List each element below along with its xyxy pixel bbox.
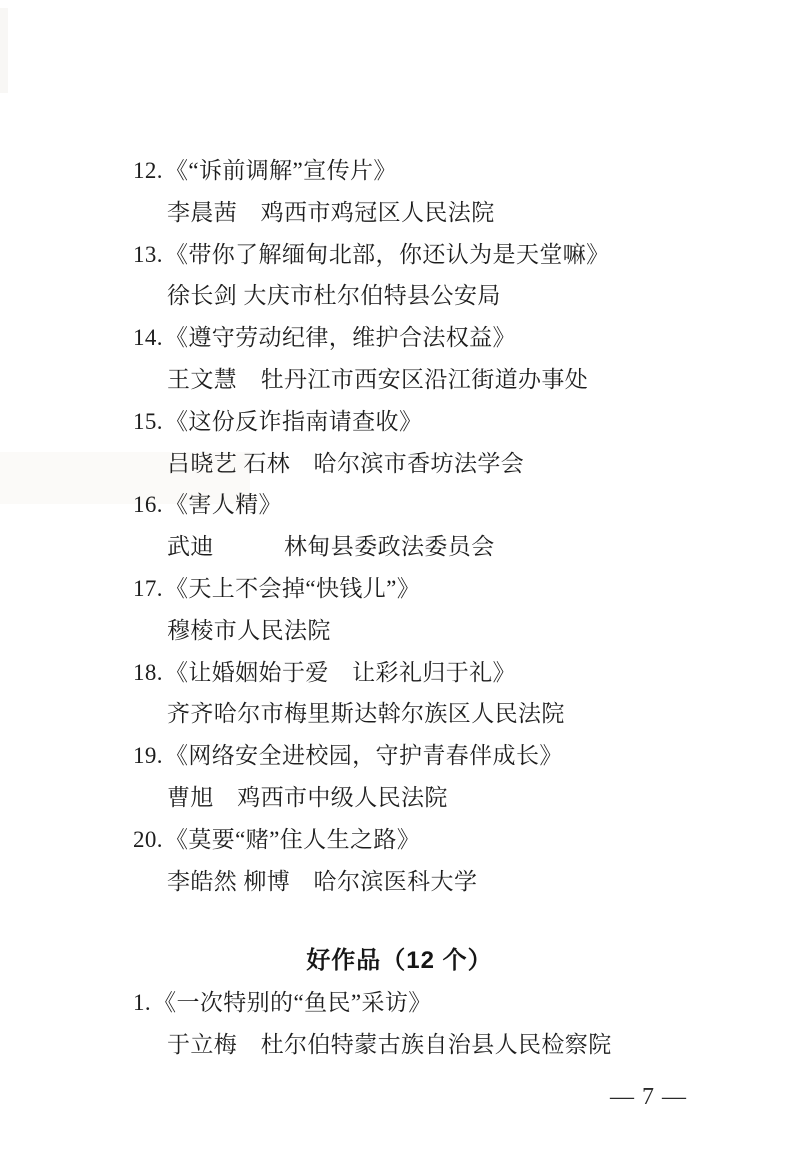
entry-title: 16.《害人精》 xyxy=(0,484,799,526)
award-entry: 15.《这份反诈指南请查收》 吕晓艺 石林 哈尔滨市香坊法学会 xyxy=(0,401,799,485)
award-entry: 13.《带你了解缅甸北部，你还认为是天堂嘛》 徐长剑 大庆市杜尔伯特县公安局 xyxy=(0,234,799,318)
entry-number: 18. xyxy=(133,660,163,685)
entry-authors: 王文慧 牡丹江市西安区沿江街道办事处 xyxy=(0,359,799,401)
entry-number: 13. xyxy=(133,242,163,267)
award-entry: 18.《让婚姻始于爱 让彩礼归于礼》 齐齐哈尔市梅里斯达斡尔族区人民法院 xyxy=(0,652,799,736)
award-entry: 16.《害人精》 武迪 林甸县委政法委员会 xyxy=(0,484,799,568)
award-entry: 19.《网络安全进校园，守护青春伴成长》 曹旭 鸡西市中级人民法院 xyxy=(0,735,799,819)
award-entry: 20.《莫要“赌”住人生之路》 李皓然 柳博 哈尔滨医科大学 xyxy=(0,819,799,903)
entry-number: 1. xyxy=(133,990,151,1015)
entry-authors: 徐长剑 大庆市杜尔伯特县公安局 xyxy=(0,275,799,317)
entry-number: 14. xyxy=(133,325,163,350)
entry-title: 15.《这份反诈指南请查收》 xyxy=(0,401,799,443)
entry-title-text: 《害人精》 xyxy=(165,492,282,517)
entry-title-text: 《让婚姻始于爱 让彩礼归于礼》 xyxy=(165,660,516,685)
entry-title: 12.《“诉前调解”宣传片》 xyxy=(0,150,799,192)
entry-title: 13.《带你了解缅甸北部，你还认为是天堂嘛》 xyxy=(0,234,799,276)
entry-number: 16. xyxy=(133,492,163,517)
entry-title: 17.《天上不会掉“快钱儿”》 xyxy=(0,568,799,610)
entry-title-text: 《“诉前调解”宣传片》 xyxy=(165,158,397,183)
scan-artifact xyxy=(0,8,8,93)
entry-title: 1.《一次特别的“鱼民”采访》 xyxy=(0,982,799,1024)
award-list: 12.《“诉前调解”宣传片》 李晨茜 鸡西市鸡冠区人民法院 13.《带你了解缅甸… xyxy=(0,150,799,1066)
entry-number: 20. xyxy=(133,827,163,852)
entry-number: 12. xyxy=(133,158,163,183)
entry-title-text: 《网络安全进校园，守护青春伴成长》 xyxy=(165,743,563,768)
page-number: — 7 — xyxy=(0,1084,799,1111)
document-page: 12.《“诉前调解”宣传片》 李晨茜 鸡西市鸡冠区人民法院 13.《带你了解缅甸… xyxy=(0,0,799,1170)
entry-title-text: 《天上不会掉“快钱儿”》 xyxy=(165,576,420,601)
entry-title: 14.《遵守劳动纪律，维护合法权益》 xyxy=(0,317,799,359)
entry-authors: 李皓然 柳博 哈尔滨医科大学 xyxy=(0,861,799,903)
entry-title: 18.《让婚姻始于爱 让彩礼归于礼》 xyxy=(0,652,799,694)
entry-title-text: 《这份反诈指南请查收》 xyxy=(165,409,422,434)
award-entry: 14.《遵守劳动纪律，维护合法权益》 王文慧 牡丹江市西安区沿江街道办事处 xyxy=(0,317,799,401)
entry-authors: 曹旭 鸡西市中级人民法院 xyxy=(0,777,799,819)
section-heading: 好作品（12 个） xyxy=(0,940,799,982)
entry-title-text: 《带你了解缅甸北部，你还认为是天堂嘛》 xyxy=(165,242,610,267)
award-entry: 1.《一次特别的“鱼民”采访》 于立梅 杜尔伯特蒙古族自治县人民检察院 xyxy=(0,982,799,1066)
entry-title: 19.《网络安全进校园，守护青春伴成长》 xyxy=(0,735,799,777)
entry-number: 17. xyxy=(133,576,163,601)
entry-number: 19. xyxy=(133,743,163,768)
entry-authors: 于立梅 杜尔伯特蒙古族自治县人民检察院 xyxy=(0,1024,799,1066)
entry-authors: 穆棱市人民法院 xyxy=(0,610,799,652)
entry-title-text: 《莫要“赌”住人生之路》 xyxy=(165,827,420,852)
entry-authors: 武迪 林甸县委政法委员会 xyxy=(0,526,799,568)
entry-title-text: 《遵守劳动纪律，维护合法权益》 xyxy=(165,325,516,350)
entry-number: 15. xyxy=(133,409,163,434)
entry-authors: 李晨茜 鸡西市鸡冠区人民法院 xyxy=(0,192,799,234)
entry-title: 20.《莫要“赌”住人生之路》 xyxy=(0,819,799,861)
award-entry: 17.《天上不会掉“快钱儿”》 穆棱市人民法院 xyxy=(0,568,799,652)
entry-authors: 吕晓艺 石林 哈尔滨市香坊法学会 xyxy=(0,443,799,485)
award-entry: 12.《“诉前调解”宣传片》 李晨茜 鸡西市鸡冠区人民法院 xyxy=(0,150,799,234)
entry-title-text: 《一次特别的“鱼民”采访》 xyxy=(153,990,432,1015)
entry-authors: 齐齐哈尔市梅里斯达斡尔族区人民法院 xyxy=(0,693,799,735)
